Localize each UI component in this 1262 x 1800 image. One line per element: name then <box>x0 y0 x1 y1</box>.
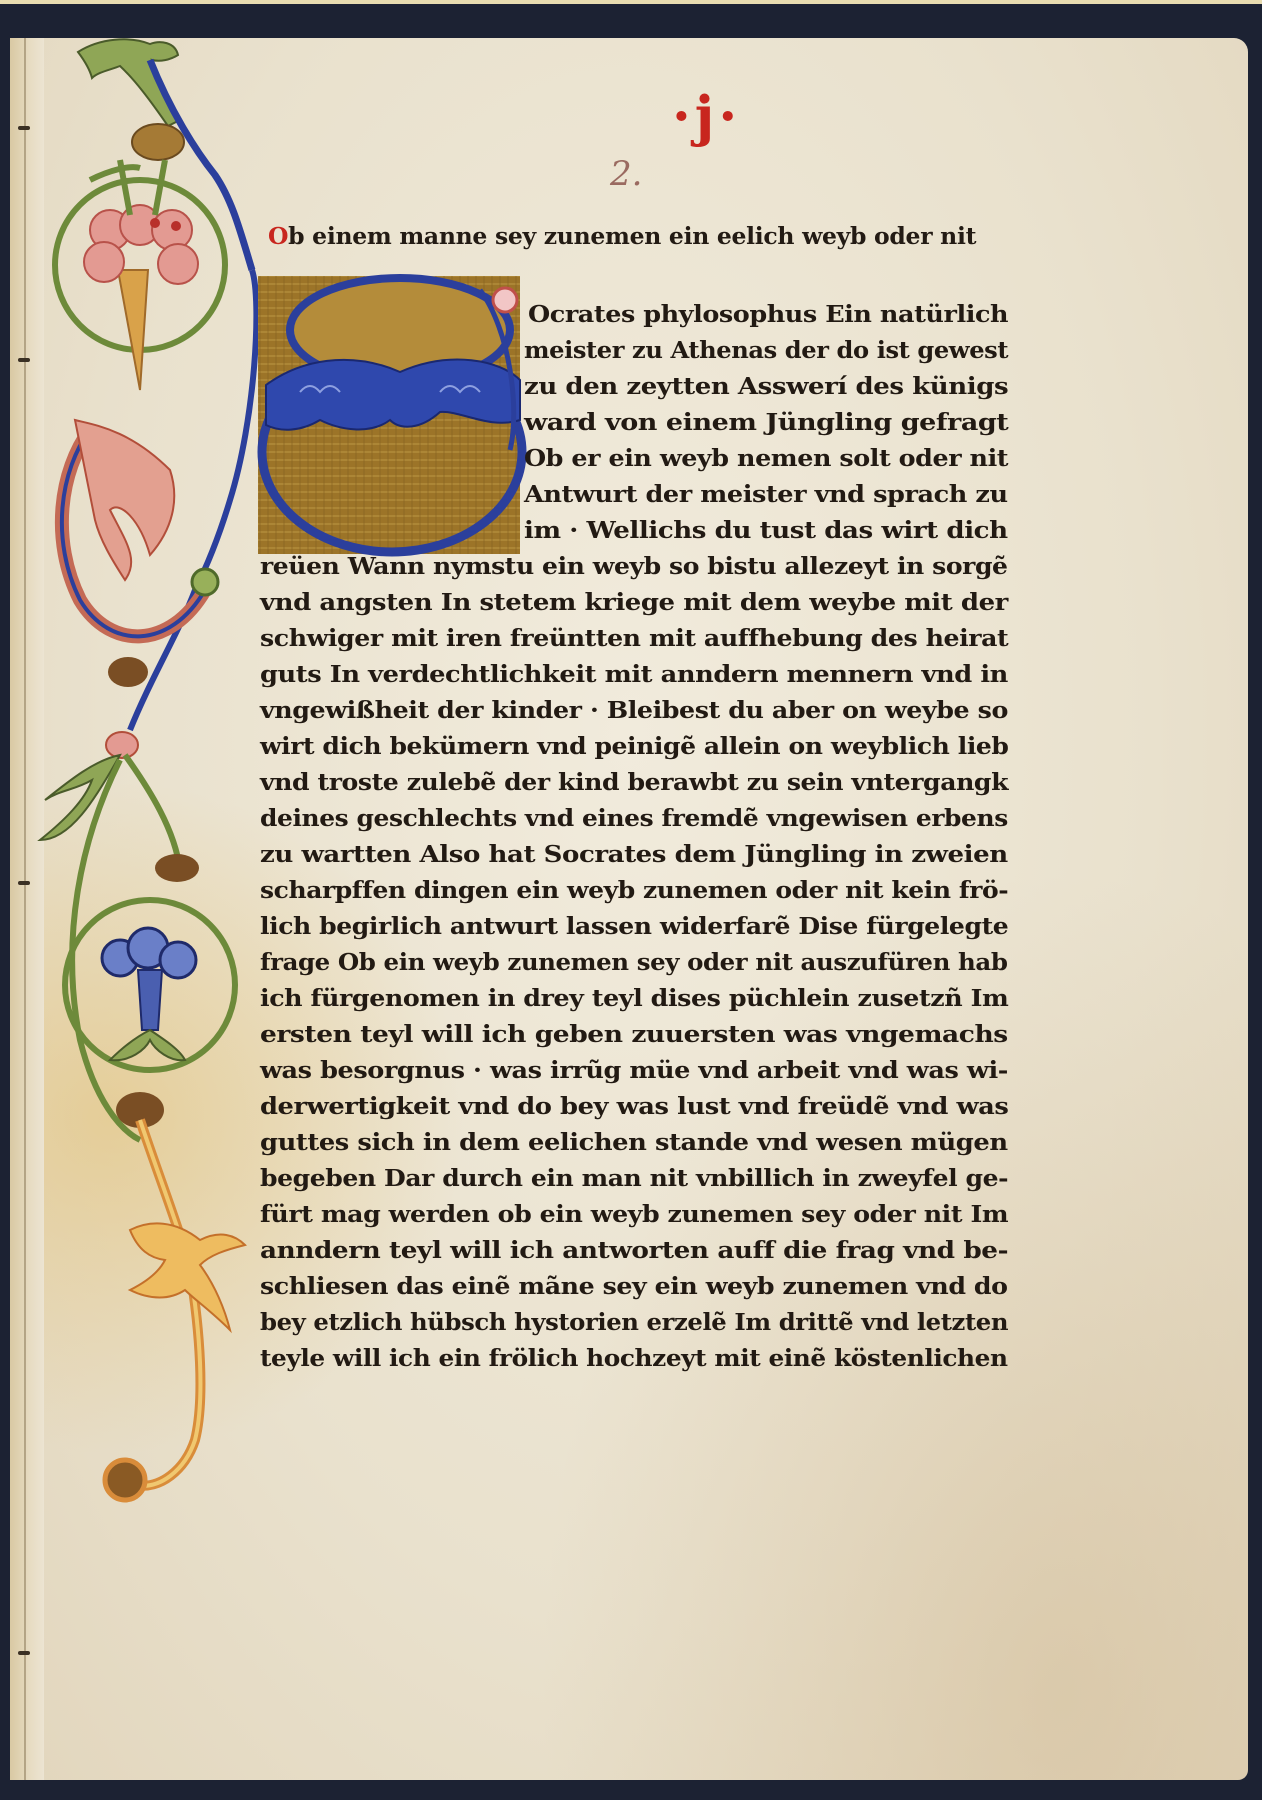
binding-stitch <box>18 881 30 885</box>
chapter-heading: Ob einem manne sey zunemen ein eelich we… <box>268 222 1008 250</box>
text-line: zu wartten Also hat Socrates dem Jünglin… <box>260 836 1008 872</box>
text-line: schwiger mit iren freüntten mit auffhebu… <box>260 620 1008 656</box>
top-edge-strip <box>0 0 1262 4</box>
pencil-folio-number: 2. <box>610 154 642 194</box>
text-line: wirt dich bekümern vnd peinigẽ allein on… <box>260 728 1009 764</box>
text-line: vnd troste zulebẽ der kind berawbt zu se… <box>260 764 1008 800</box>
folio-number-red: ·j· <box>672 84 741 148</box>
text-line: scharpffen dingen ein weyb zunemen oder … <box>260 872 1008 908</box>
text-line: Antwurt der meister vnd sprach zu <box>524 476 1008 512</box>
text-line: anndern teyl will ich antworten auff die… <box>260 1232 1008 1268</box>
text-line: begeben Dar durch ein man nit vnbillich … <box>260 1160 1008 1196</box>
binding-stitch <box>18 358 30 362</box>
text-line: lich begirlich antwurt lassen widerfarẽ … <box>260 908 1008 944</box>
page-gutter <box>10 38 44 1780</box>
text-line: zu den zeytten Asswerí des künigs <box>524 368 1008 404</box>
text-line: Ocrates phylosophus Ein natürlich <box>528 296 1008 332</box>
text-line: Ob er ein weyb nemen solt oder nit <box>524 440 1008 476</box>
text-line: bey etzlich hübsch hystorien erzelẽ Im d… <box>260 1304 1008 1340</box>
binding-stitch <box>18 1651 30 1655</box>
text-line: meister zu Athenas der do ist gewest <box>524 332 1008 368</box>
text-line: ward von einem Jüngling gefragt <box>524 404 1008 440</box>
text-line: was besorgnus · was irrũg müe vnd arbeit… <box>260 1052 1008 1088</box>
text-line: frage Ob ein weyb zunemen sey oder nit a… <box>260 944 1007 980</box>
text-line: ersten teyl will ich geben zuuersten was… <box>260 1016 1008 1052</box>
text-line: guts In verdechtlichkeit mit anndern men… <box>260 656 1008 692</box>
text-line: im · Wellichs du tust das wirt dich <box>524 512 1008 548</box>
text-line: reüen Wann nymstu ein weyb so bistu alle… <box>260 548 1008 584</box>
binding-line <box>24 38 26 1780</box>
binding-stitch <box>18 126 30 130</box>
text-line: teyle will ich ein frölich hochzeyt mit … <box>260 1340 1008 1376</box>
text-line: schliesen das einẽ mãne sey ein weyb zun… <box>260 1268 1008 1304</box>
heading-text: b einem manne sey zunemen ein eelich wey… <box>288 222 976 250</box>
text-line: derwertigkeit vnd do bey was lust vnd fr… <box>260 1088 1008 1124</box>
text-line: ich fürgenomen in drey teyl dises püchle… <box>260 980 1008 1016</box>
heading-rubric-initial: O <box>268 222 288 250</box>
text-line: vnd angsten In stetem kriege mit dem wey… <box>260 584 1008 620</box>
text-line: guttes sich in dem eelichen stande vnd w… <box>260 1124 1008 1160</box>
text-line: fürt mag werden ob ein weyb zunemen sey … <box>260 1196 1008 1232</box>
text-line: deines geschlechts vnd eines fremdẽ vnge… <box>260 800 1008 836</box>
text-line: vngewißheit der kinder · Bleibest du abe… <box>260 692 1008 728</box>
